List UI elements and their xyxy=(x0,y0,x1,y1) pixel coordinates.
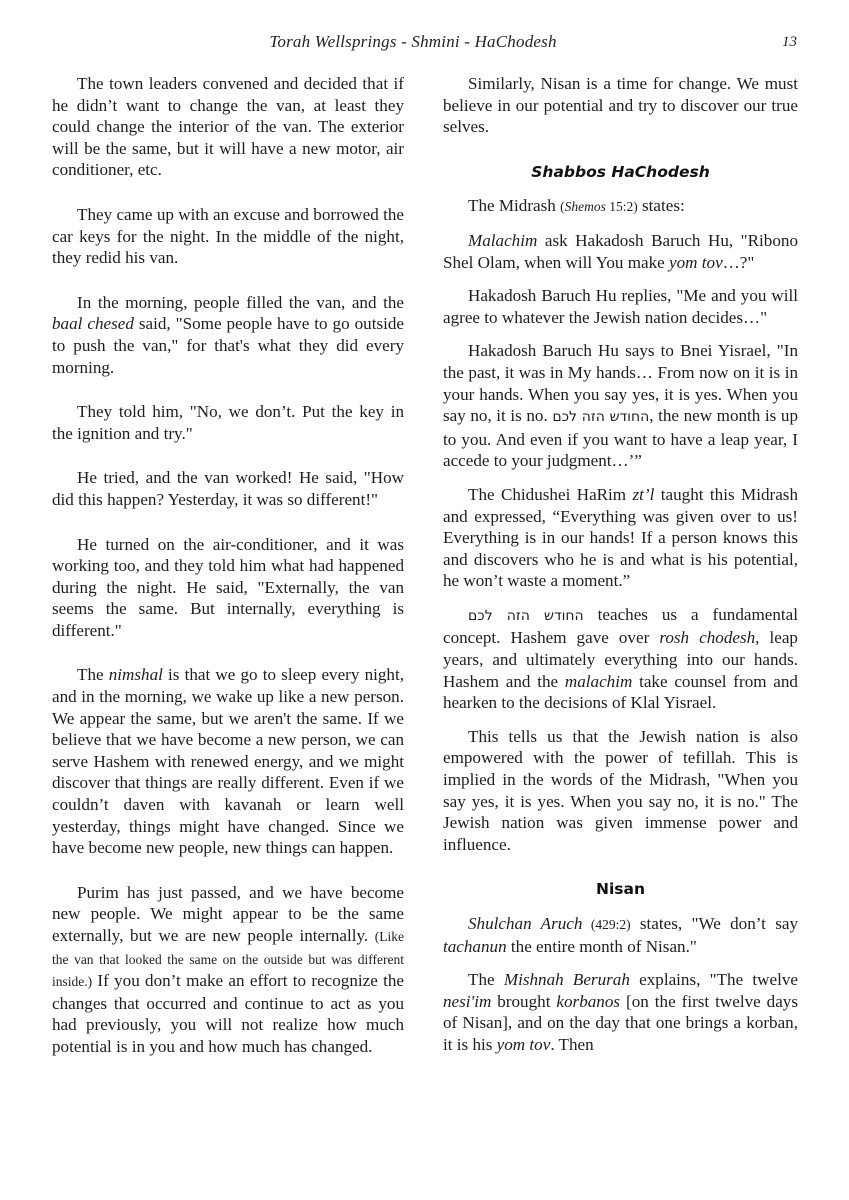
page-header: Torah Wellsprings - Shmini - HaChodesh 1… xyxy=(0,32,849,56)
italic-term: Mishnah Berurah xyxy=(504,970,630,989)
paragraph: He turned on the air-conditioner, and it… xyxy=(52,534,404,642)
running-title: Torah Wellsprings - Shmini - HaChodesh xyxy=(0,32,826,52)
paragraph: Purim has just passed, and we have becom… xyxy=(52,882,404,1058)
text-run: is that we go to sleep every night, and … xyxy=(52,665,404,857)
citation-source: Shemos xyxy=(565,199,606,214)
text-run: states, "We don’t say xyxy=(631,914,798,933)
paragraph: They came up with an excuse and borrowed… xyxy=(52,204,404,269)
hebrew-phrase: החודש הזה לכם xyxy=(552,409,649,425)
italic-term: rosh chodesh xyxy=(659,628,755,647)
italic-term: nimshal xyxy=(109,665,163,684)
paragraph: Hakadosh Baruch Hu replies, "Me and you … xyxy=(443,285,798,328)
paragraph: The nimshal is that we go to sleep every… xyxy=(52,664,404,858)
paragraph: החודש הזה לכם teaches us a fundamental c… xyxy=(443,604,798,714)
paragraph: He tried, and the van worked! He said, "… xyxy=(52,467,404,510)
italic-term: yom tov xyxy=(497,1035,551,1054)
italic-term: nesi'im xyxy=(443,992,491,1011)
citation: (429:2) xyxy=(582,917,630,932)
paragraph: They told him, "No, we don’t. Put the ke… xyxy=(52,401,404,444)
text-run: . Then xyxy=(550,1035,593,1054)
text-run: If you don’t make an effort to recognize… xyxy=(52,971,404,1056)
text-run: the entire month of Nisan." xyxy=(507,937,697,956)
text-run: In the morning, people filled the van, a… xyxy=(77,293,404,312)
section-heading: Shabbos HaChodesh xyxy=(443,162,798,184)
paragraph: Malachim ask Hakadosh Baruch Hu, "Ribono… xyxy=(443,230,798,273)
italic-term: Malachim xyxy=(468,231,537,250)
paragraph: In the morning, people filled the van, a… xyxy=(52,292,404,378)
hebrew-phrase: החודש הזה לכם xyxy=(468,608,584,624)
paragraph: The town leaders convened and decided th… xyxy=(52,73,404,181)
text-run: The Midrash xyxy=(468,196,560,215)
paragraph: Shulchan Aruch (429:2) states, "We don’t… xyxy=(443,913,798,957)
text-run: Purim has just passed, and we have becom… xyxy=(52,883,404,945)
text-run: The Chidushei HaRim xyxy=(468,485,633,504)
italic-term: korbanos xyxy=(556,992,620,1011)
italic-term: malachim xyxy=(565,672,632,691)
paragraph: This tells us that the Jewish nation is … xyxy=(443,726,798,856)
text-run: The xyxy=(77,665,109,684)
text-run: …?" xyxy=(723,253,755,272)
text-run: states: xyxy=(638,196,685,215)
italic-term: Shulchan Aruch xyxy=(468,914,582,933)
page-number: 13 xyxy=(782,34,797,51)
citation: 15:2) xyxy=(606,199,638,214)
left-column: The town leaders convened and decided th… xyxy=(52,73,404,1058)
right-column: Similarly, Nisan is a time for change. W… xyxy=(443,73,798,1056)
paragraph: The Chidushei HaRim zt’l taught this Mid… xyxy=(443,484,798,592)
italic-term: yom tov xyxy=(669,253,723,272)
paragraph: The Midrash (Shemos 15:2) states: xyxy=(443,195,798,218)
italic-term: zt’l xyxy=(633,485,655,504)
paragraph: The Mishnah Berurah explains, "The twelv… xyxy=(443,969,798,1055)
paragraph: Hakadosh Baruch Hu says to Bnei Yisrael,… xyxy=(443,340,798,472)
paragraph: Similarly, Nisan is a time for change. W… xyxy=(443,73,798,138)
italic-term: tachanun xyxy=(443,937,507,956)
section-heading: Nisan xyxy=(443,879,798,901)
italic-term: baal chesed xyxy=(52,314,134,333)
text-run: The xyxy=(468,970,504,989)
text-run: explains, "The twelve xyxy=(630,970,798,989)
text-run: brought xyxy=(491,992,556,1011)
